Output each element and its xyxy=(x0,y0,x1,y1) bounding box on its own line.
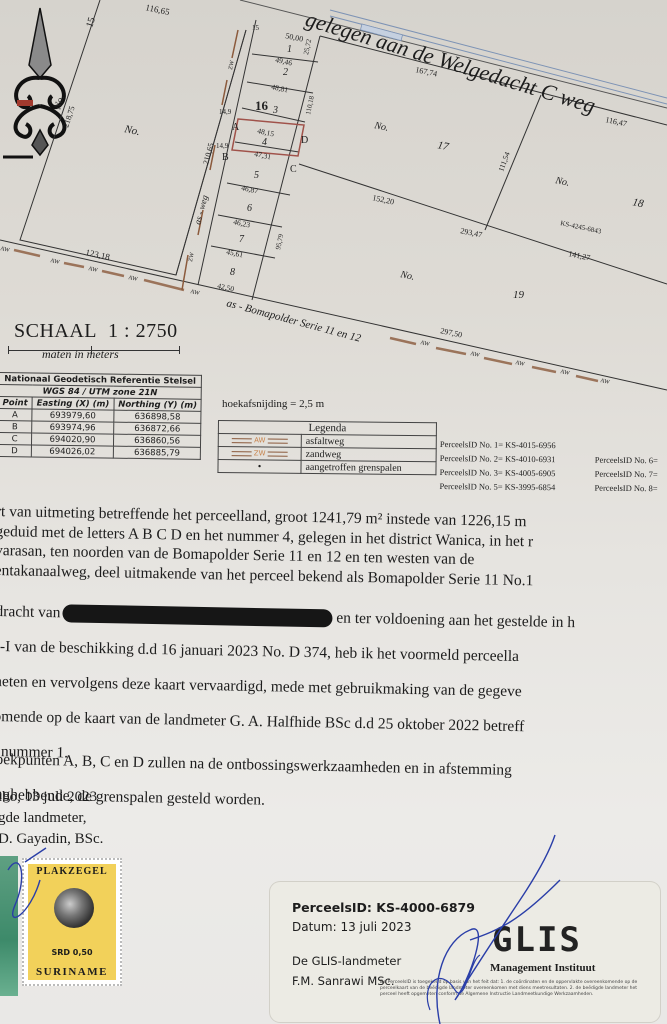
green-stamp-edge xyxy=(0,856,18,996)
svg-text:No.: No. xyxy=(398,269,415,283)
signature-block: ibo, 13 juli 2023 gde landmeter, D. Gaya… xyxy=(0,787,103,850)
svg-text:1: 1 xyxy=(287,44,292,55)
stamp-title: PLAKZEGEL xyxy=(28,864,116,877)
svg-text:14,9: 14,9 xyxy=(219,108,232,116)
easting-cell: 693974,96 xyxy=(32,421,114,434)
svg-text:AW: AW xyxy=(560,369,571,377)
text-fragment: dracht van xyxy=(0,602,61,620)
svg-text:ZW: ZW xyxy=(188,252,196,263)
text-line: oekpunten A, B, C en D zullen na de ontb… xyxy=(0,749,512,779)
svg-text:48,81: 48,81 xyxy=(271,82,290,94)
text-line: neten en vervolgens deze kaart vervaardi… xyxy=(0,671,574,702)
paragraph-1: rt van uitmeting betreffende het perceel… xyxy=(0,502,535,590)
svg-text:111,54: 111,54 xyxy=(496,151,511,173)
svg-text:95,79: 95,79 xyxy=(274,233,285,251)
svg-text:AW: AW xyxy=(515,360,526,368)
svg-text:42,50: 42,50 xyxy=(217,281,236,293)
place-date: ibo, 13 juli 2023 xyxy=(0,787,103,808)
coat-of-arms-icon xyxy=(54,888,94,928)
svg-text:45,61: 45,61 xyxy=(226,247,245,259)
svg-text:46,87: 46,87 xyxy=(241,183,260,195)
scale-unit-note: maten in meters xyxy=(42,347,119,362)
svg-text:AW: AW xyxy=(600,378,611,386)
svg-text:19: 19 xyxy=(513,289,525,301)
svg-text:15: 15 xyxy=(84,16,98,29)
glis-note: De PerceelsID is toegekend op basis van … xyxy=(380,980,650,998)
scale-word: SCHAAL xyxy=(14,320,97,342)
svg-text:AW: AW xyxy=(128,275,139,283)
svg-text:152,20: 152,20 xyxy=(372,193,395,206)
svg-text:8: 8 xyxy=(230,267,235,278)
svg-text:AW: AW xyxy=(470,351,481,359)
svg-text:46,23: 46,23 xyxy=(233,217,252,229)
svg-text:6: 6 xyxy=(247,203,252,214)
svg-text:141,27: 141,27 xyxy=(568,249,591,262)
svg-text:15: 15 xyxy=(252,24,260,32)
easting-cell: 694020,90 xyxy=(32,433,114,446)
legend-row: • aangetroffen grenspalen xyxy=(218,460,436,475)
svg-text:No.: No. xyxy=(122,123,141,138)
glis-surveyor-title: De GLIS-landmeter xyxy=(292,954,401,968)
parcel-id-list: PerceelsID No. 1= KS-4015-6956 PerceelsI… xyxy=(439,437,658,495)
svg-text:110,18: 110,18 xyxy=(304,95,316,116)
point-cell: A xyxy=(0,409,32,421)
svg-text:No.: No. xyxy=(372,120,389,134)
svg-text:18: 18 xyxy=(631,196,645,210)
easting-cell: 694026,02 xyxy=(31,445,113,458)
svg-text:49,46: 49,46 xyxy=(275,55,294,67)
svg-text:KS-4245-6843: KS-4245-6843 xyxy=(560,219,603,236)
svg-text:AW: AW xyxy=(88,266,99,274)
coord-header-point: Point xyxy=(0,397,32,409)
coordinate-table: Nationaal Geodetisch Referentie Stelsel … xyxy=(0,372,202,460)
svg-text:3: 3 xyxy=(272,105,278,116)
stamp-value: SRD 0,50 xyxy=(28,948,116,957)
easting-cell: 693979,60 xyxy=(32,409,114,422)
parcel-id: PerceelsID No. 7= xyxy=(595,467,658,482)
sand-road-symbol: ZW xyxy=(218,447,301,461)
parcel-id: PerceelsID No. 5= KS-3995-6854 xyxy=(439,479,594,495)
label-date: Datum: 13 juli 2023 xyxy=(292,920,412,934)
point-cell: B xyxy=(0,421,32,433)
svg-text:D: D xyxy=(301,135,308,146)
svg-text:7: 7 xyxy=(239,234,245,245)
svg-text:B: B xyxy=(222,152,229,163)
svg-text:AW: AW xyxy=(420,340,431,348)
glis-logo: GLIS xyxy=(492,920,582,960)
text-fragment: en ter voldoening aan het gestelde in h xyxy=(336,609,575,631)
boundary-post-icon: • xyxy=(218,460,301,474)
coord-header-easting: Easting (X) (m) xyxy=(32,397,114,410)
revenue-stamp: PLAKZEGEL SRD 0,50 SURINAME xyxy=(22,858,122,986)
perceels-id: PerceelsID: KS-4000-6879 xyxy=(292,900,475,915)
surveyor-role: gde landmeter, xyxy=(0,808,103,829)
svg-text:47,31: 47,31 xyxy=(254,149,273,161)
svg-text:No.: No. xyxy=(553,175,570,189)
svg-text:AW: AW xyxy=(190,289,201,297)
svg-text:25,72: 25,72 xyxy=(302,38,313,56)
svg-text:4: 4 xyxy=(262,137,267,148)
svg-text:2: 2 xyxy=(283,67,288,78)
scale-label: SCHAAL 1 : 2750 xyxy=(14,320,178,343)
northing-cell: 636885,79 xyxy=(113,446,201,459)
glis-institute: Management Instituut xyxy=(490,962,595,974)
survey-document: AW AW AW AW AW AW AW AW AW AW ZW ZW 116,… xyxy=(0,0,667,1024)
stamp-country: SURINAME xyxy=(28,966,116,978)
svg-text:116,65: 116,65 xyxy=(145,2,171,17)
svg-text:C: C xyxy=(290,164,297,175)
asphalt-road-symbol: AW xyxy=(218,434,301,448)
legend-table: Legenda AW asfaltweg ZW zandweg • aanget… xyxy=(217,420,437,475)
svg-text:16: 16 xyxy=(255,98,269,113)
text-line: I-I van de beschikking d.d 16 januari 20… xyxy=(0,636,575,667)
svg-text:A: A xyxy=(232,122,240,133)
text-line: omende op de kaart van de landmeter G. A… xyxy=(0,706,573,737)
svg-text:as - Bomapolder Serie 11 en 12: as - Bomapolder Serie 11 en 12 xyxy=(225,297,362,345)
parcel-id: PerceelsID No. 8= xyxy=(594,481,657,496)
point-cell: D xyxy=(0,444,32,456)
svg-text:AW: AW xyxy=(0,246,10,254)
glis-label: PerceelsID: KS-4000-6879 Datum: 13 juli … xyxy=(270,882,660,1022)
svg-text:50,00: 50,00 xyxy=(285,31,304,44)
svg-text:293,47: 293,47 xyxy=(460,226,483,239)
point-cell: C xyxy=(0,433,32,445)
svg-text:5: 5 xyxy=(254,170,259,181)
parcel-id: PerceelsID No. 6= xyxy=(595,453,658,468)
table-row: D 694026,02 636885,79 xyxy=(0,444,201,459)
svg-text:as - weg: as - weg xyxy=(192,193,210,225)
redaction-mark xyxy=(62,604,332,627)
svg-text:297,50: 297,50 xyxy=(440,326,463,339)
scale-value: 1 : 2750 xyxy=(108,320,178,342)
svg-text:14,9: 14,9 xyxy=(216,142,229,150)
surveyor-name: D. Gayadin, BSc. xyxy=(0,829,103,850)
legend-label: aangetroffen grenspalen xyxy=(301,460,436,474)
corner-cut-note: hoekafsnijding = 2,5 m xyxy=(222,398,324,410)
svg-text:AW: AW xyxy=(50,258,61,266)
svg-text:116,47: 116,47 xyxy=(605,115,628,128)
svg-text:17: 17 xyxy=(436,139,450,153)
